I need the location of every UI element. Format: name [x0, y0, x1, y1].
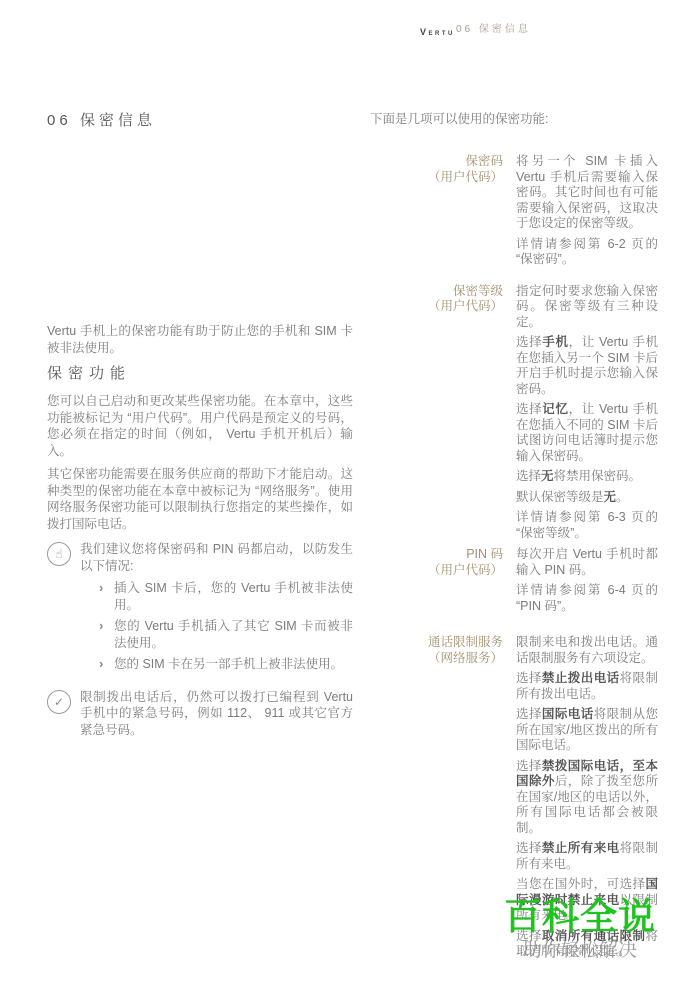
description-paragraph: 每次开启 Vertu 手机时都输入 PIN 码。	[516, 547, 658, 578]
description-paragraph: 详情请参阅第 6-4 页的 “PIN 码”。	[516, 583, 658, 614]
security-feature-list: 保密码 （用户代码） 将另一个 SIM 卡插入 Vertu 手机后需要输入保密码…	[370, 154, 658, 960]
bullet-list: › 插入 SIM 卡后，您的 Vertu 手机被非法使用。 › 您的 Vertu…	[99, 580, 353, 673]
description-paragraph: 指定何时要求您输入保密码。保密等级有三种设定。	[516, 284, 658, 331]
bullet-arrow-icon: ›	[99, 618, 114, 651]
page-title: 06 保密信息	[47, 110, 353, 132]
note-text: 限制拨出电话后，仍然可以拨打已编程到 Vertu 手机中的紧急号码，例如 112…	[80, 689, 353, 739]
feature-row: 保密等级 （用户代码） 指定何时要求您输入保密码。保密等级有三种设定。选择手机，…	[370, 284, 658, 542]
description-paragraph: 详情请参阅第 6-3 页的 “保密等级”。	[516, 510, 658, 541]
bullet-item: › 您的 SIM 卡在另一部手机上被非法使用。	[99, 656, 353, 673]
description-paragraph: 将另一个 SIM 卡插入 Vertu 手机后需要输入保密码。其它时间也有可能需要…	[516, 154, 658, 232]
description-paragraph: 选择国际电话将限制从您所在国家/地区拨出的所有国际电话。	[516, 707, 658, 754]
bullet-arrow-icon: ›	[99, 580, 114, 613]
right-intro: 下面是几项可以使用的保密功能:	[370, 111, 658, 127]
right-column: 下面是几项可以使用的保密功能: 保密码 （用户代码） 将另一个 SIM 卡插入 …	[370, 111, 658, 960]
paragraph-user-codes: 您可以自己启动和更改某些保密功能。在本章中，这些功能被标记为 “用户代码”。用户…	[47, 393, 353, 459]
bullet-arrow-icon: ›	[99, 656, 114, 673]
bullet-item: › 您的 Vertu 手机插入了其它 SIM 卡而被非法使用。	[99, 618, 353, 651]
paragraph-network-services: 其它保密功能需要在服务供应商的帮助下才能启动。这种类型的保密功能在本章中被标记为…	[47, 466, 353, 532]
check-icon: ✓	[47, 690, 71, 714]
feature-term-sub: （用户代码）	[370, 170, 503, 186]
description-paragraph: 详情请参阅第 6-2 页的 “保密码”。	[516, 237, 658, 268]
watermark: 百科全说 助你轻松解决	[496, 897, 664, 963]
description-paragraph: 选择禁止所有来电将限制所有来电。	[516, 841, 658, 872]
feature-term: 通话限制服务	[370, 635, 503, 651]
description-paragraph: 选择禁拨国际电话，至本国除外后，除了拨至您所在国家/地区的电话以外，所有国际电话…	[516, 759, 658, 837]
manual-page: Vertu 06 保密信息 06 保密信息 Vertu 手机上的保密功能有助于防…	[0, 0, 692, 992]
description-paragraph: 默认保密等级是无。	[516, 490, 658, 506]
feature-term: PIN 码	[370, 547, 503, 563]
note-recommendation: ☝ 我们建议您将保密码和 PIN 码都启动，以防发生以下情况: › 插入 SIM…	[47, 541, 353, 678]
description-paragraph: 选择禁止拨出电话将限制所有拨出电话。	[516, 671, 658, 702]
bullet-text: 插入 SIM 卡后，您的 Vertu 手机被非法使用。	[114, 580, 353, 613]
bullet-item: › 插入 SIM 卡后，您的 Vertu 手机被非法使用。	[99, 580, 353, 613]
bullet-text: 您的 Vertu 手机插入了其它 SIM 卡而被非法使用。	[114, 618, 353, 651]
hand-pointing-icon: ☝	[47, 542, 71, 566]
description-paragraph: 选择手机，让 Vertu 手机在您插入另一个 SIM 卡后开启手机时提示您输入保…	[516, 335, 658, 397]
note-body: 限制拨出电话后，仍然可以拨打已编程到 Vertu 手机中的紧急号码，例如 112…	[80, 689, 353, 739]
header-brand: Vertu	[420, 27, 455, 37]
note-body: 我们建议您将保密码和 PIN 码都启动，以防发生以下情况: › 插入 SIM 卡…	[80, 541, 353, 678]
feature-term-col: PIN 码 （用户代码）	[370, 547, 503, 614]
description-paragraph: 选择记忆，让 Vertu 手机在您插入不同的 SIM 卡后试图访问电话簿时提示您…	[516, 402, 658, 464]
feature-term: 保密等级	[370, 284, 503, 300]
header-chapter-title: 06 保密信息	[456, 20, 531, 35]
note-emergency: ✓ 限制拨出电话后，仍然可以拨打已编程到 Vertu 手机中的紧急号码，例如 1…	[47, 689, 353, 739]
feature-term-sub: （用户代码）	[370, 299, 503, 315]
description-paragraph: 限制来电和拨出电话。通话限制服务有六项设定。	[516, 635, 658, 666]
description-paragraph: 选择无将禁用保密码。	[516, 469, 658, 485]
feature-term-sub: （网络服务）	[370, 651, 503, 667]
feature-row: PIN 码 （用户代码） 每次开启 Vertu 手机时都输入 PIN 码。详情请…	[370, 547, 658, 614]
feature-term: 保密码	[370, 154, 503, 170]
watermark-tagline: 助你轻松解决	[496, 939, 664, 963]
feature-term-col: 通话限制服务 （网络服务）	[370, 635, 503, 960]
left-column: 06 保密信息 Vertu 手机上的保密功能有助于防止您的手机和 SIM 卡被非…	[47, 110, 353, 738]
note-text: 我们建议您将保密码和 PIN 码都启动，以防发生以下情况:	[80, 541, 353, 574]
feature-description: 每次开启 Vertu 手机时都输入 PIN 码。详情请参阅第 6-4 页的 “P…	[516, 547, 658, 614]
bullet-text: 您的 SIM 卡在另一部手机上被非法使用。	[114, 656, 353, 673]
feature-description: 指定何时要求您输入保密码。保密等级有三种设定。选择手机，让 Vertu 手机在您…	[516, 284, 658, 542]
feature-term-sub: （用户代码）	[370, 563, 503, 579]
watermark-logo: 百科全说	[496, 897, 664, 937]
section-heading: 保密功能	[47, 363, 353, 385]
feature-description: 将另一个 SIM 卡插入 Vertu 手机后需要输入保密码。其它时间也有可能需要…	[516, 154, 658, 268]
feature-term-col: 保密码 （用户代码）	[370, 154, 503, 268]
feature-row: 保密码 （用户代码） 将另一个 SIM 卡插入 Vertu 手机后需要输入保密码…	[370, 154, 658, 268]
feature-term-col: 保密等级 （用户代码）	[370, 284, 503, 542]
intro-paragraph: Vertu 手机上的保密功能有助于防止您的手机和 SIM 卡被非法使用。	[47, 323, 353, 356]
